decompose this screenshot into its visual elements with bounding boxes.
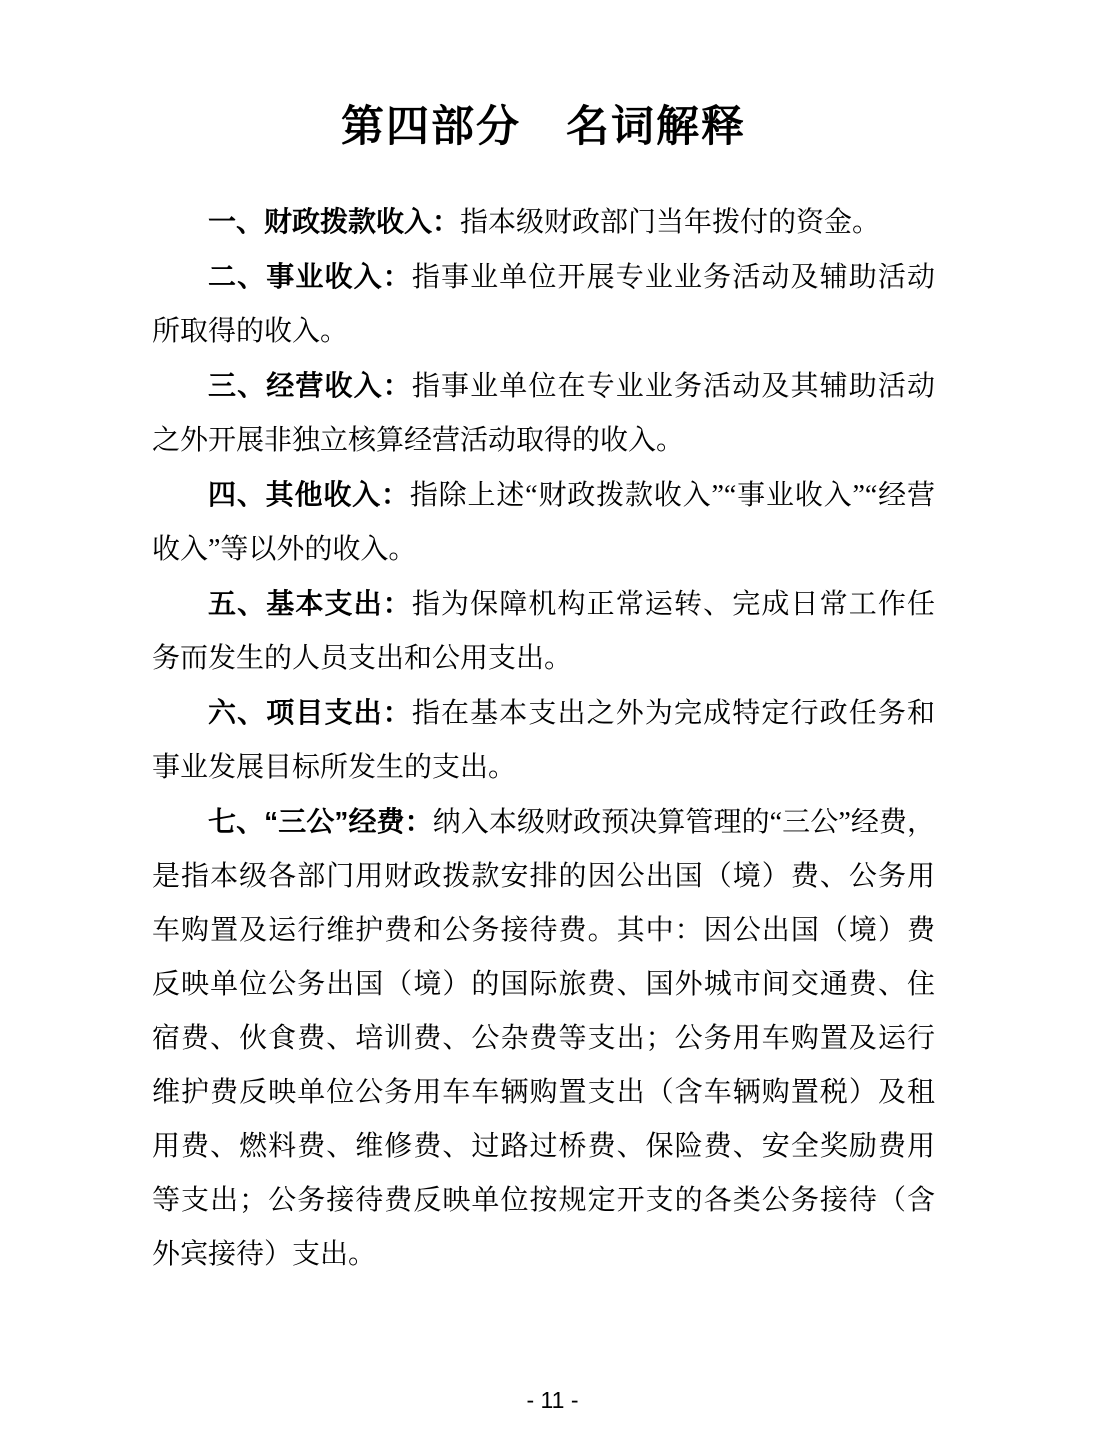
term-label: 一、财政拨款收入： <box>208 206 460 237</box>
term-label: 六、项目支出： <box>208 697 412 728</box>
term-label: 二、事业收入： <box>208 261 412 292</box>
term-text: 指本级财政部门当年拨付的资金。 <box>460 207 880 238</box>
term-label: 三、经营收入： <box>208 370 412 401</box>
page-title: 第四部分 名词解释 <box>152 103 935 151</box>
term-label: 四、其他收入： <box>208 479 410 510</box>
terms-list: 一、财政拨款收入：指本级财政部门当年拨付的资金。 二、事业收入：指事业单位开展专… <box>152 195 935 1282</box>
document-content: 第四部分 名词解释 一、财政拨款收入：指本级财政部门当年拨付的资金。 二、事业收… <box>0 103 1105 1282</box>
term-paragraph: 三、经营收入：指事业单位在专业业务活动及其辅助活动之外开展非独立核算经营活动取得… <box>152 359 935 468</box>
term-paragraph: 二、事业收入：指事业单位开展专业业务活动及辅助活动所取得的收入。 <box>152 250 935 359</box>
term-label: 五、基本支出： <box>208 588 412 619</box>
term-label: 七、“三公”经费： <box>208 806 433 837</box>
term-paragraph: 一、财政拨款收入：指本级财政部门当年拨付的资金。 <box>152 195 935 250</box>
term-paragraph: 四、其他收入：指除上述“财政拨款收入”“事业收入”“经营收入”等以外的收入。 <box>152 468 935 577</box>
term-paragraph: 六、项目支出：指在基本支出之外为完成特定行政任务和事业发展目标所发生的支出。 <box>152 686 935 795</box>
term-paragraph: 七、“三公”经费：纳入本级财政预决算管理的“三公”经费，是指本级各部门用财政拨款… <box>152 795 935 1282</box>
term-text: 纳入本级财政预决算管理的“三公”经费，是指本级各部门用财政拨款安排的因公出国（境… <box>152 807 935 1270</box>
page-number: - 11 - <box>0 1387 1105 1414</box>
term-paragraph: 五、基本支出：指为保障机构正常运转、完成日常工作任务而发生的人员支出和公用支出。 <box>152 577 935 686</box>
document-page: 第四部分 名词解释 一、财政拨款收入：指本级财政部门当年拨付的资金。 二、事业收… <box>0 0 1105 1430</box>
